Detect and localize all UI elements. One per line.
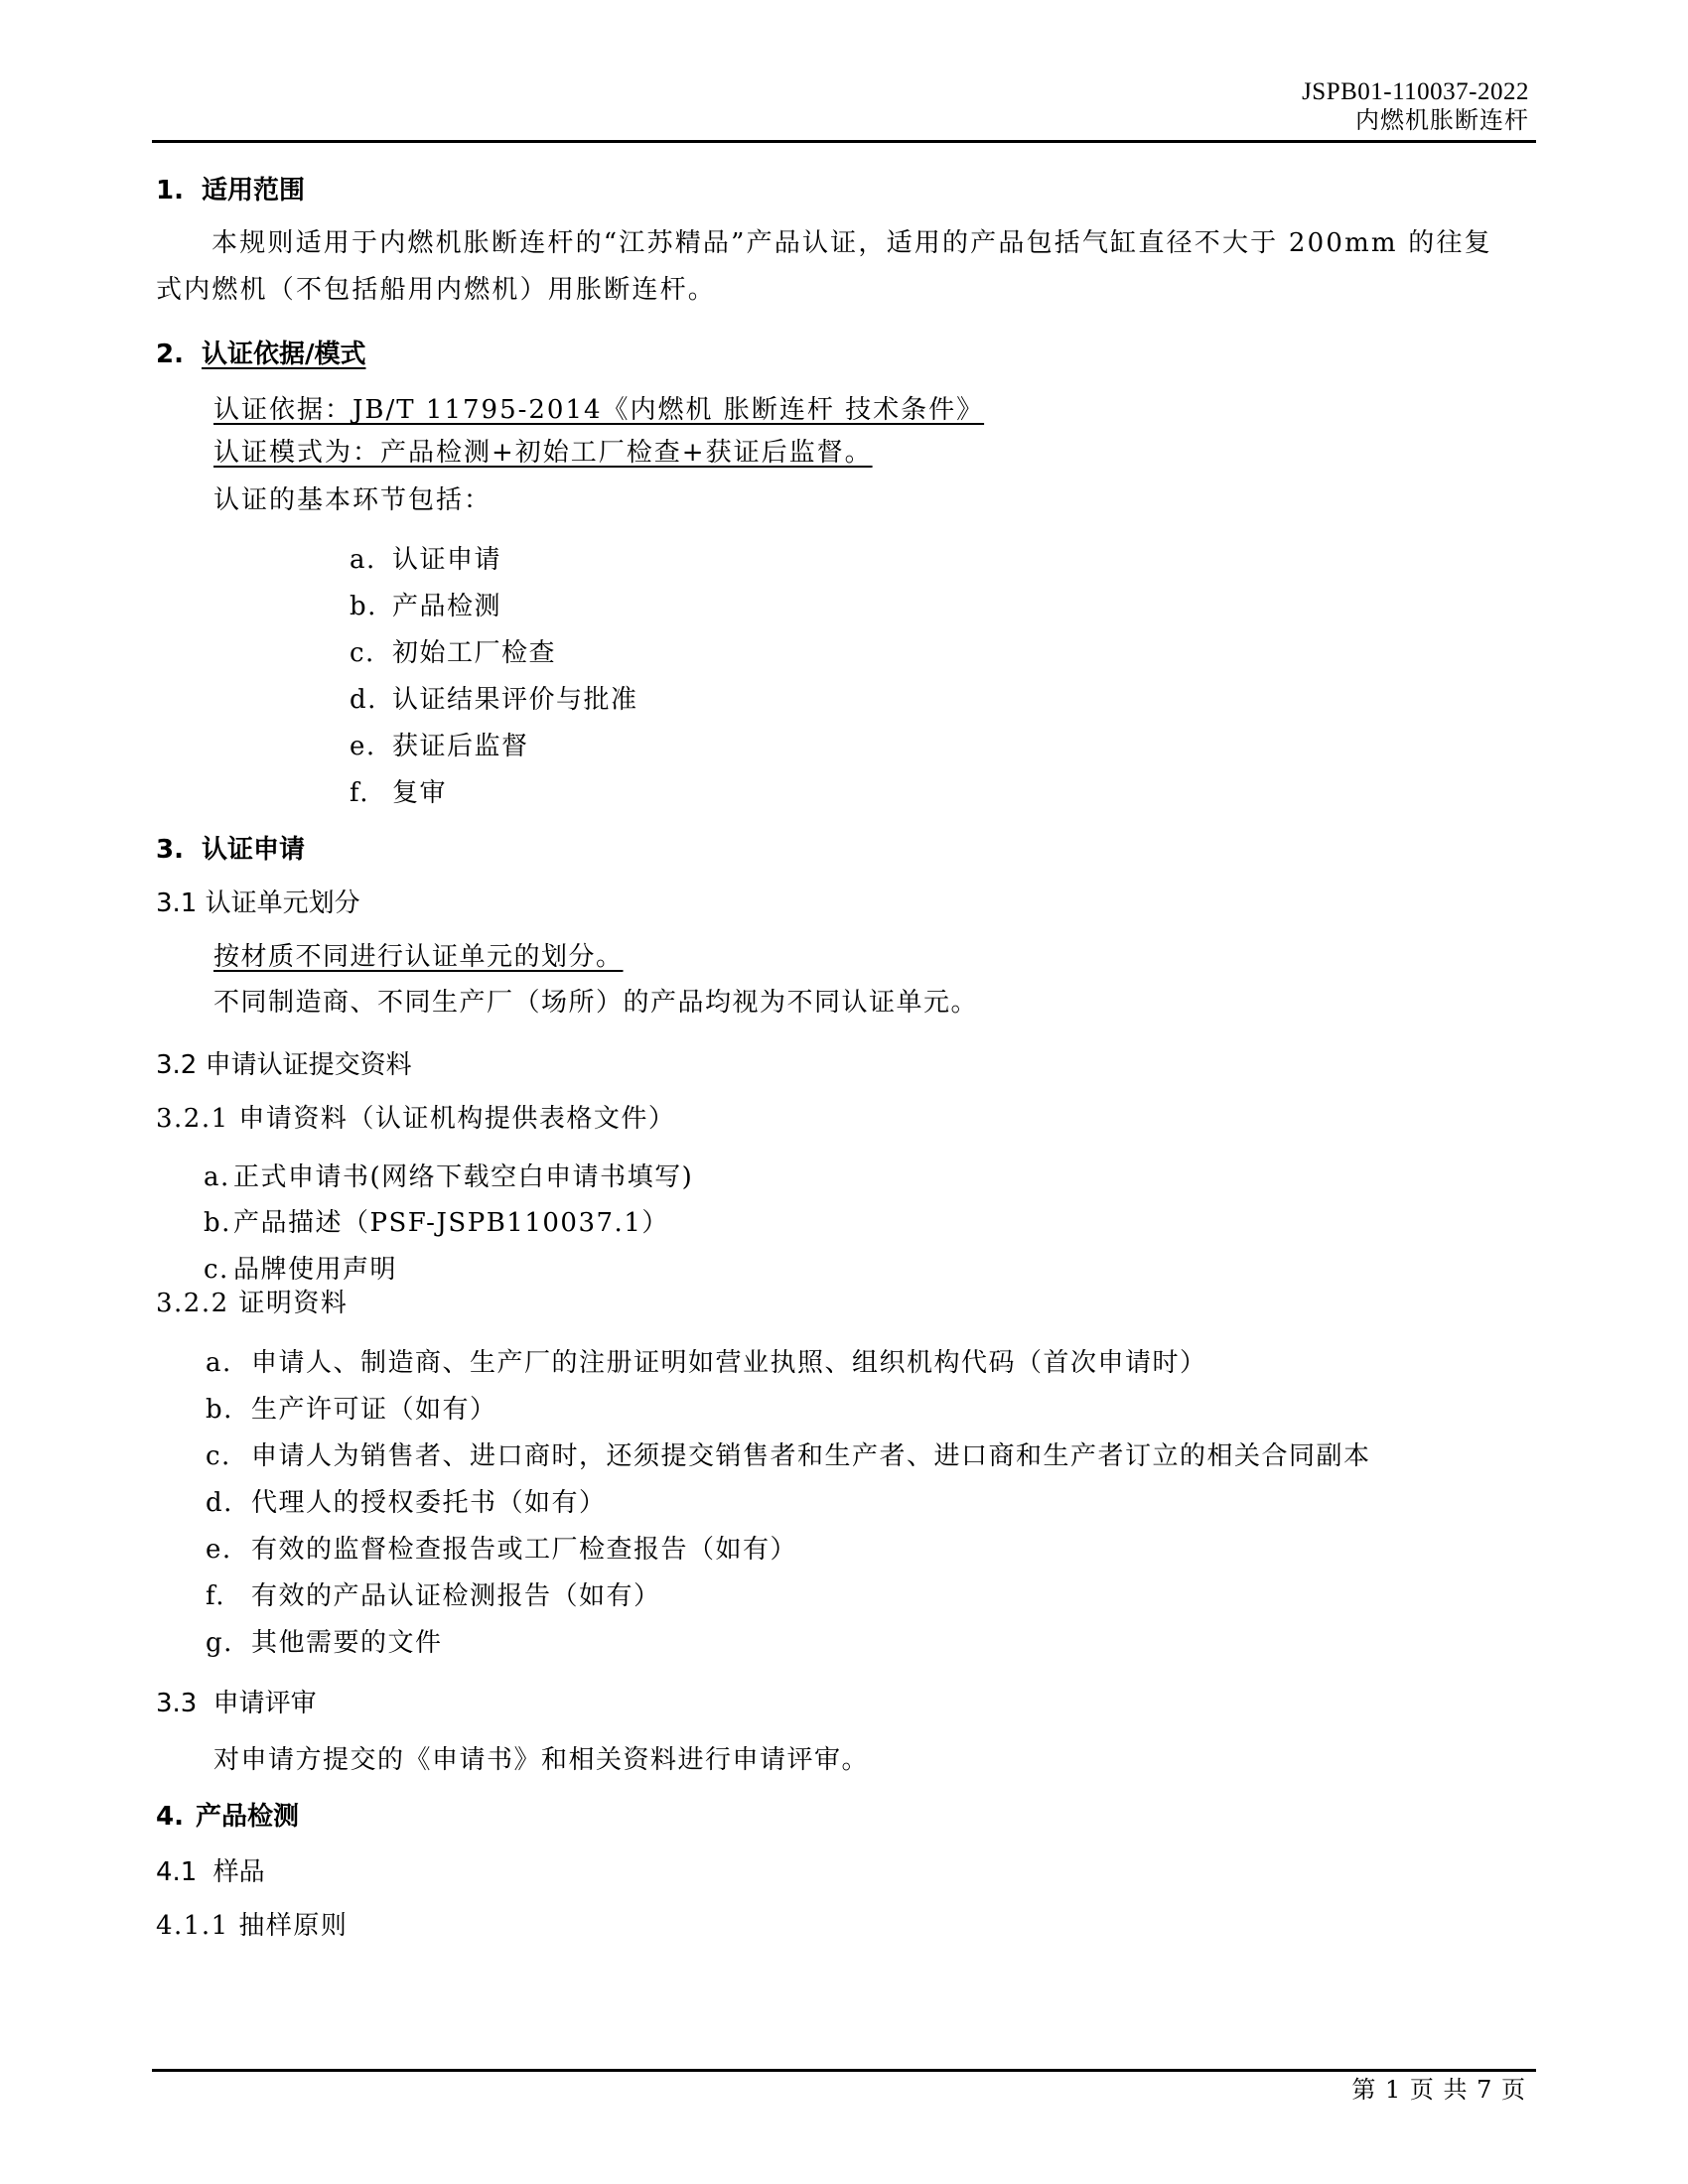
- section-4-title: 产品检测: [196, 1804, 299, 1830]
- section-1-paragraph-line-1: 本规则适用于内燃机胀断连杆的“江苏精品”产品认证，适用的产品包括气缸直径不大于 …: [211, 230, 1492, 256]
- section-1-number: 1.: [156, 178, 184, 204]
- section-4-number: 4.: [156, 1804, 184, 1830]
- unit-division-rule: 按材质不同进行认证单元的划分。: [213, 944, 624, 970]
- section-1-paragraph-line-2: 式内燃机（不包括船用内燃机）用胀断连杆。: [156, 277, 716, 303]
- step-label: a.: [350, 547, 376, 573]
- section-3-title: 认证申请: [202, 837, 305, 863]
- item-label: f.: [206, 1583, 225, 1609]
- section-1-title: 适用范围: [202, 178, 305, 204]
- section-4-1-1-heading: 4.1.1 抽样原则: [156, 1913, 348, 1939]
- step-label: d.: [350, 687, 377, 713]
- item-text: 其他需要的文件: [251, 1630, 443, 1656]
- section-3-number: 3.: [156, 837, 184, 863]
- section-3-3-heading: 3.3 申请评审: [156, 1691, 317, 1716]
- step-text: 认证申请: [392, 547, 501, 573]
- item-label: b.: [206, 1397, 233, 1423]
- section-3-2-2-heading: 3.2.2 证明资料: [156, 1291, 348, 1316]
- section-2-heading: 2.认证依据/模式: [156, 341, 365, 367]
- item-text: 正式申请书(网络下载空白申请书填写): [233, 1164, 693, 1190]
- application-review-text: 对申请方提交的《申请书》和相关资料进行申请评审。: [213, 1747, 869, 1773]
- section-4-heading: 4.产品检测: [156, 1804, 299, 1830]
- document-page: JSPB01-110037-2022 内燃机胀断连杆 1.适用范围 本规则适用于…: [0, 0, 1688, 2184]
- section-2-title: 认证依据/模式: [202, 341, 366, 367]
- section-3-2-1-heading: 3.2.1 申请资料（认证机构提供表格文件）: [156, 1106, 675, 1132]
- item-text: 申请人、制造商、生产厂的注册证明如营业执照、组织机构代码（首次申请时）: [251, 1350, 1207, 1376]
- section-3-1-heading: 3.1 认证单元划分: [156, 890, 360, 916]
- item-text: 有效的监督检查报告或工厂检查报告（如有）: [251, 1537, 797, 1563]
- item-label: d.: [206, 1490, 233, 1516]
- item-text: 有效的产品认证检测报告（如有）: [251, 1583, 661, 1609]
- section-1-heading: 1.适用范围: [156, 178, 305, 204]
- step-text: 复审: [392, 780, 447, 806]
- certification-basis: 认证依据：JB/T 11795-2014《内燃机 胀断连杆 技术条件》: [213, 397, 984, 423]
- unit-division-note: 不同制造商、不同生产厂（场所）的产品均视为不同认证单元。: [213, 990, 978, 1016]
- item-text: 产品描述（PSF-JSPB110037.1）: [233, 1210, 669, 1236]
- item-text: 申请人为销售者、进口商时，还须提交销售者和生产者、进口商和生产者订立的相关合同副…: [251, 1443, 1371, 1469]
- step-label: c.: [350, 640, 375, 666]
- item-label: c.: [204, 1257, 229, 1283]
- header-doc-code: JSPB01-110037-2022: [1302, 79, 1529, 104]
- certification-steps-intro: 认证的基本环节包括：: [213, 487, 492, 513]
- step-text: 初始工厂检查: [392, 640, 556, 666]
- header-doc-title: 内燃机胀断连杆: [1355, 108, 1529, 132]
- section-3-2-heading: 3.2 申请认证提交资料: [156, 1052, 412, 1078]
- page-indicator: 第 1 页 共 7 页: [1351, 2078, 1526, 2102]
- item-label: a.: [204, 1164, 230, 1190]
- step-text: 产品检测: [392, 594, 501, 619]
- footer-rule: [152, 2069, 1536, 2072]
- item-label: g.: [206, 1630, 233, 1656]
- section-4-1-heading: 4.1 样品: [156, 1859, 265, 1885]
- header-rule: [152, 140, 1536, 143]
- item-label: c.: [206, 1443, 231, 1469]
- step-text: 获证后监督: [392, 734, 529, 759]
- item-text: 品牌使用声明: [233, 1257, 397, 1283]
- step-label: e.: [350, 734, 376, 759]
- section-2-number: 2.: [156, 341, 184, 367]
- step-label: f.: [350, 780, 369, 806]
- step-text: 认证结果评价与批准: [392, 687, 638, 713]
- item-label: a.: [206, 1350, 232, 1376]
- step-label: b.: [350, 594, 377, 619]
- item-label: b.: [204, 1210, 231, 1236]
- certification-mode: 认证模式为：产品检测+初始工厂检查+获证后监督。: [213, 440, 873, 466]
- section-3-heading: 3.认证申请: [156, 837, 305, 863]
- item-label: e.: [206, 1537, 232, 1563]
- item-text: 生产许可证（如有）: [251, 1397, 497, 1423]
- item-text: 代理人的授权委托书（如有）: [251, 1490, 607, 1516]
